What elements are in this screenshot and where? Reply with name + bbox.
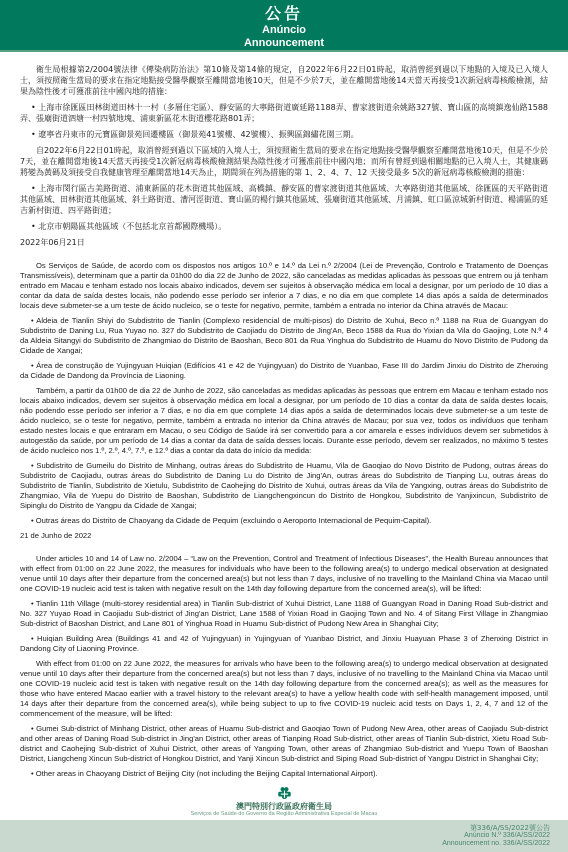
pt-date: 21 de Junho de 2022	[20, 531, 548, 541]
header-title-zh: 公告	[0, 5, 568, 24]
health-bureau-signature: 澳門特別行政區政府衛生局 Serviços de Saúde do Govern…	[0, 786, 568, 818]
zh-second-paragraph: 自2022年6月22日01時起，取消曾經到過以下區域的入境人士，須按照衛生當局的…	[20, 145, 548, 178]
pt-bullet-beijing-areas: • Outras áreas do Distrito de Chaoyang d…	[20, 516, 548, 526]
bureau-name-zh: 澳門特別行政區政府衛生局	[0, 802, 568, 811]
zh-bullet-beijing-areas: • 北京市朝陽區其他區域（不包括北京首都國際機場）。	[20, 221, 548, 232]
en-bullet-shanghai-areas: • Gumei Sub-district of Minhang District…	[20, 724, 548, 764]
header-title-en: Announcement	[0, 37, 568, 50]
en-intro-paragraph: Under articles 10 and 14 of Law no. 2/20…	[20, 554, 548, 594]
reference-number-en: Announcement no. 336/A/SS/2022	[0, 840, 550, 848]
en-second-paragraph: With effect from 01:00 on 22 June 2022, …	[20, 659, 548, 719]
pt-intro-paragraph: Os Serviços de Saúde, de acordo com os d…	[20, 261, 548, 311]
announcement-header: 公告 Anúncio Announcement	[0, 0, 568, 52]
zh-bullet-shanghai-sites: • 上海市徐匯區田林街道田林十一村（多層住宅區）、靜安區的大寧路街道廣延路118…	[20, 102, 548, 124]
section-chinese: 衛生局根據第2/2004號法律《傳染病防治法》第10條及第14條的規定，自202…	[20, 64, 548, 248]
en-bullet-liaoning-sites: • Huiqian Building Area (Buildings 41 an…	[20, 634, 548, 654]
health-bureau-cross-icon	[277, 786, 292, 801]
pt-bullet-liaoning-sites: • Área de construção de Yujingyuan Huiqi…	[20, 361, 548, 381]
pt-bullet-shanghai-sites: • Aldeia de Tianlin Shiyi do Subdistrito…	[20, 316, 548, 356]
zh-bullet-shanghai-areas: • 上海市閔行區古美路街道、浦東新區的花木街道其他區域、高橋鎮、靜安區的曹家渡街…	[20, 183, 548, 216]
zh-bullet-liaoning-sites: • 遼寧省丹東市的元寶區御景苑回遷樓區（御景苑41號樓、42號樓）、振興區錦繡花…	[20, 129, 548, 140]
en-bullet-shanghai-sites: • Tianlin 11th Village (multi-storey res…	[20, 599, 548, 629]
section-english: Under articles 10 and 14 of Law no. 2/20…	[20, 554, 548, 784]
en-bullet-beijing-areas: • Other areas in Chaoyang District of Be…	[20, 769, 548, 779]
reference-number-band: 第336/A/SS/2022號公告 Anúncio N.º 336/A/SS/2…	[0, 820, 568, 852]
zh-date: 2022年06月21日	[20, 237, 548, 248]
pt-bullet-shanghai-areas: • Subdistrito de Gumeilu do Distrito de …	[20, 461, 548, 511]
header-title-pt: Anúncio	[0, 24, 568, 37]
zh-intro-paragraph: 衛生局根據第2/2004號法律《傳染病防治法》第10條及第14條的規定，自202…	[20, 64, 548, 97]
announcement-page: 公告 Anúncio Announcement 衛生局根據第2/2004號法律《…	[0, 0, 568, 852]
bureau-name-pt: Serviços de Saúde do Governo da Região A…	[0, 811, 568, 818]
reference-number-zh: 第336/A/SS/2022號公告	[0, 824, 550, 832]
pt-second-paragraph: Também, a partir da 01h00 de dia 22 de J…	[20, 386, 548, 456]
announcement-body: 衛生局根據第2/2004號法律《傳染病防治法》第10條及第14條的規定，自202…	[0, 52, 568, 784]
reference-number-pt: Anúncio N.º 336/A/SS/2022	[0, 832, 550, 840]
section-portuguese: Os Serviços de Saúde, de acordo com os d…	[20, 261, 548, 541]
